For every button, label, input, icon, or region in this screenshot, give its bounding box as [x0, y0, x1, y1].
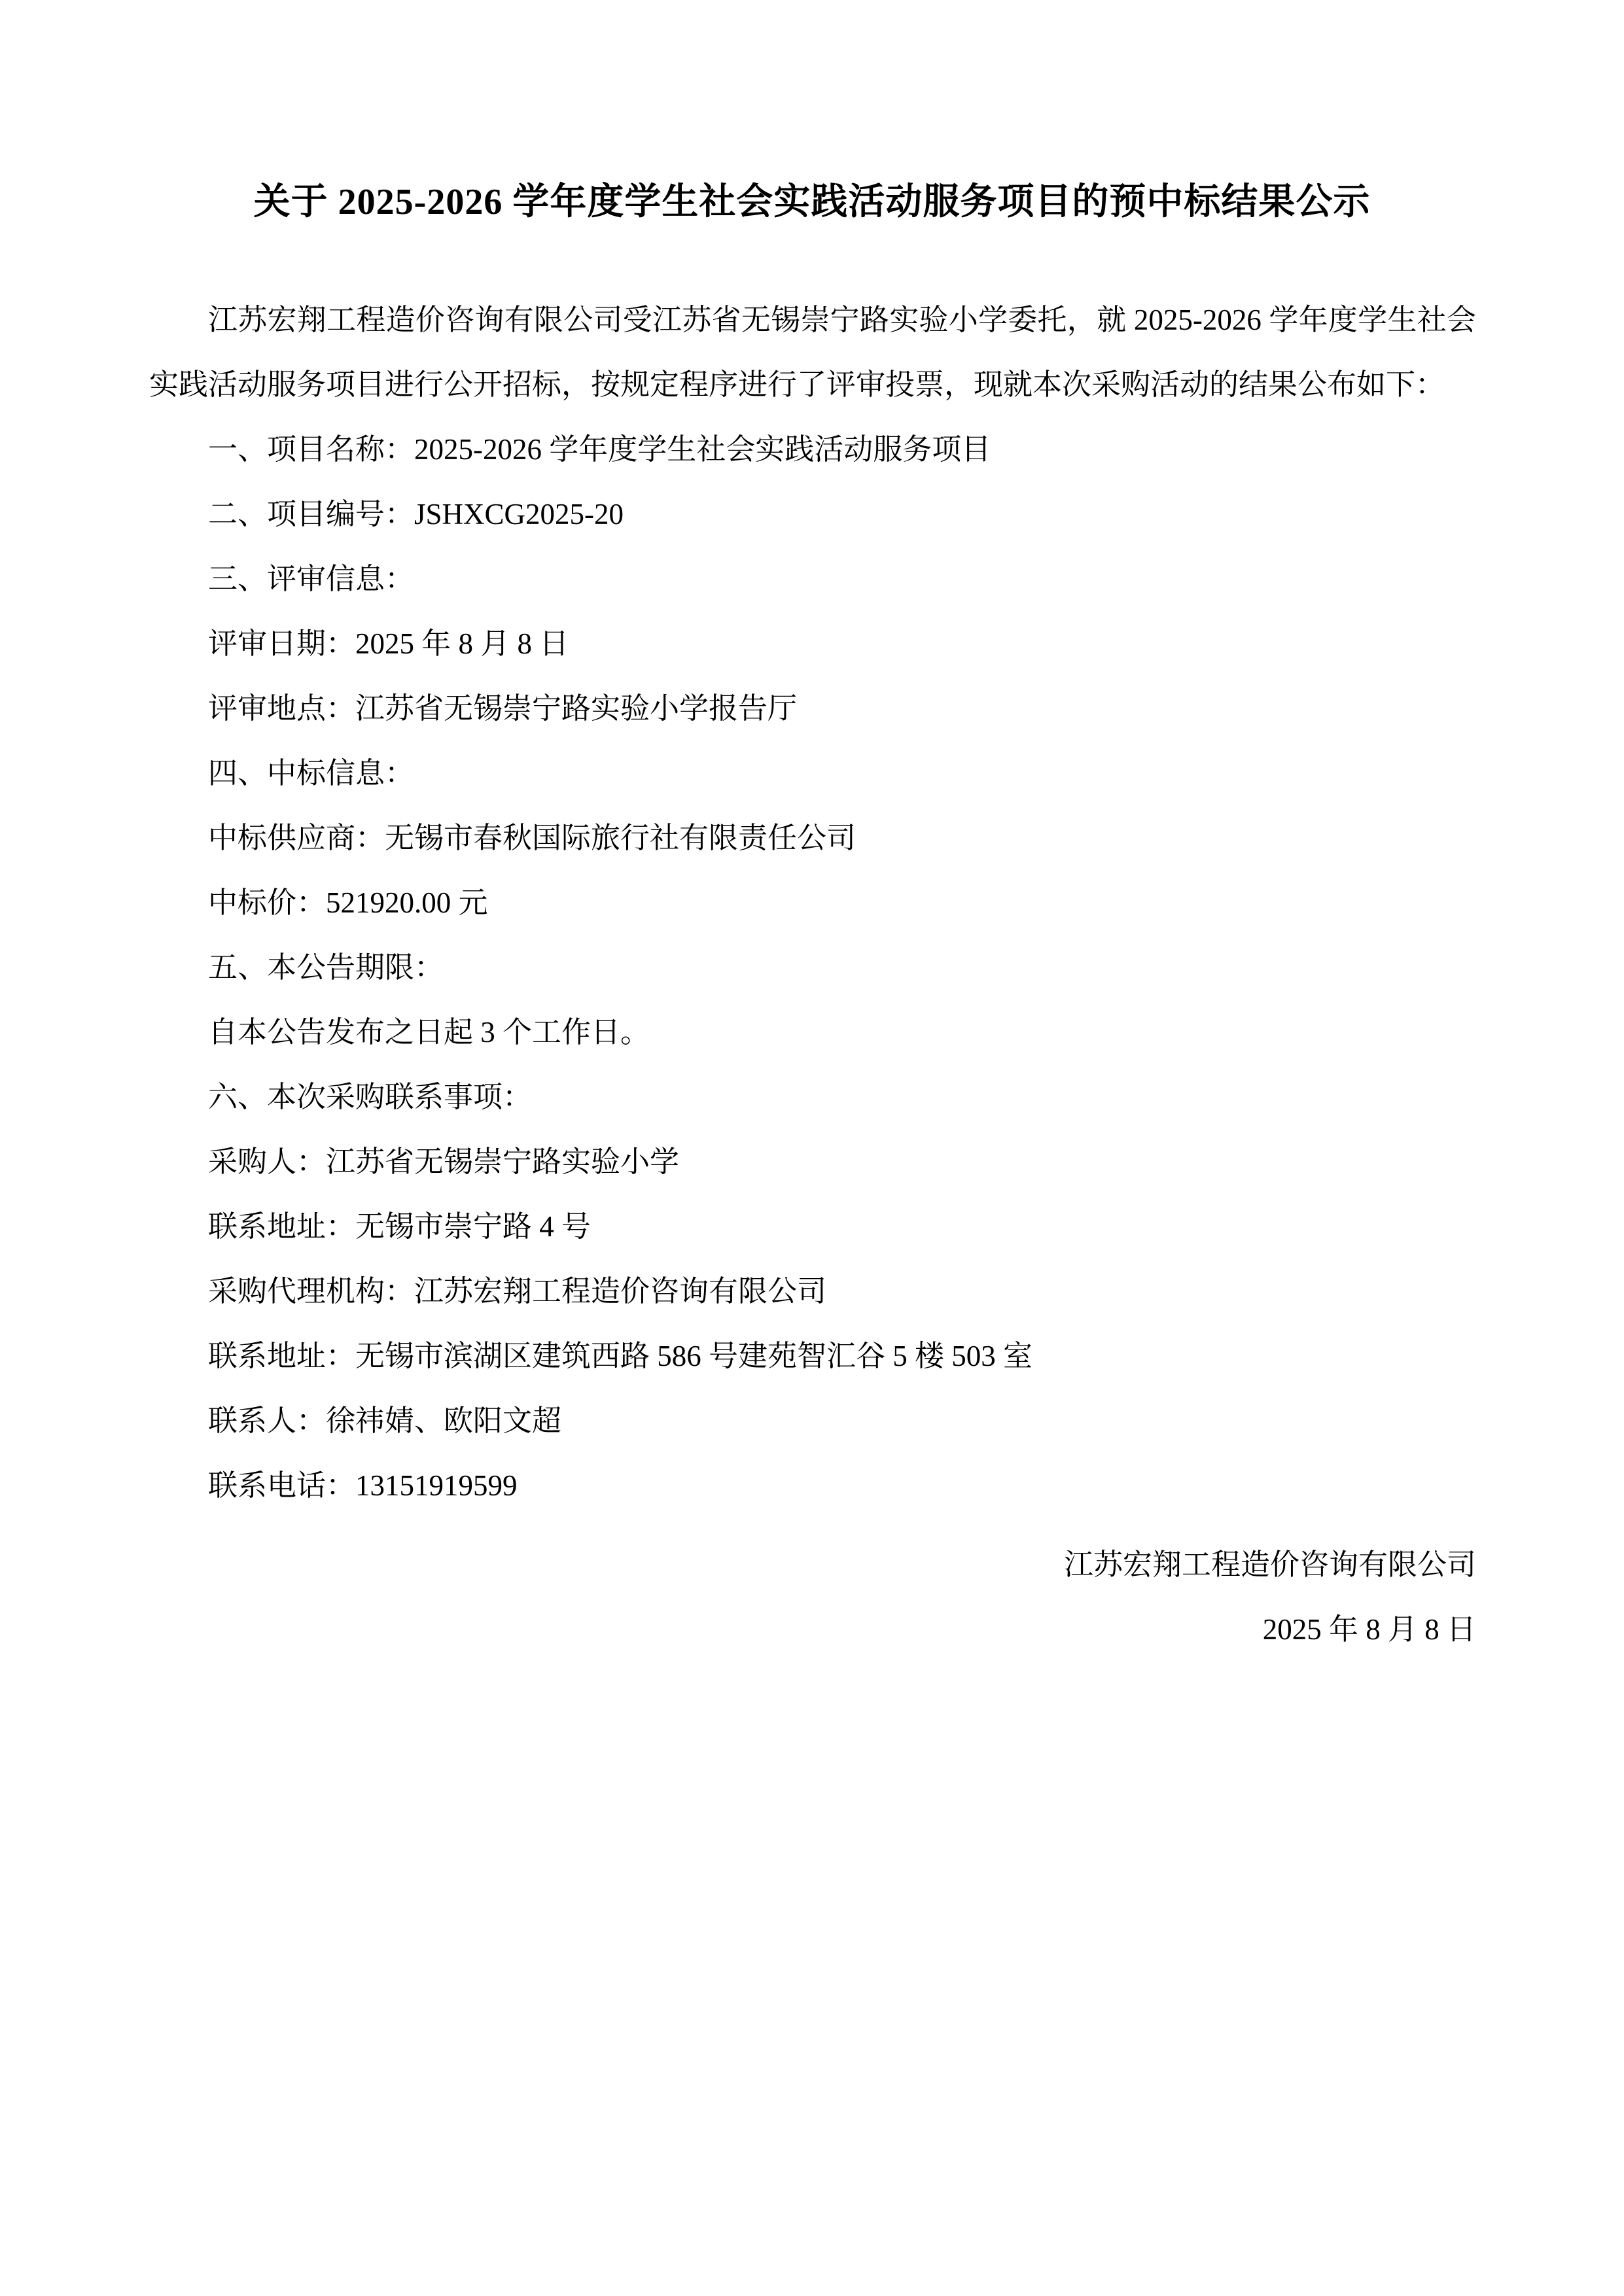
paragraph: 联系地址：无锡市崇宁路 4 号	[149, 1194, 1476, 1259]
paragraph: 中标供应商：无锡市春秋国际旅行社有限责任公司	[149, 806, 1476, 871]
paragraph: 评审地点：江苏省无锡崇宁路实验小学报告厅	[149, 676, 1476, 741]
paragraphs-container: 江苏宏翔工程造价咨询有限公司受江苏省无锡崇宁路实验小学委托，就 2025-202…	[149, 288, 1476, 1518]
document-page: 关于 2025-2026 学年度学生社会实践活动服务项目的预中标结果公示 江苏宏…	[0, 0, 1624, 2296]
signature-date: 2025 年 8 月 8 日	[149, 1597, 1476, 1662]
paragraph: 联系人：徐祎婧、欧阳文超	[149, 1389, 1476, 1453]
paragraph: 联系电话：13151919599	[149, 1453, 1476, 1518]
paragraph: 采购代理机构：江苏宏翔工程造价咨询有限公司	[149, 1259, 1476, 1324]
paragraph: 五、本公告期限：	[149, 935, 1476, 1000]
paragraph: 评审日期：2025 年 8 月 8 日	[149, 612, 1476, 676]
paragraph: 江苏宏翔工程造价咨询有限公司受江苏省无锡崇宁路实验小学委托，就 2025-202…	[149, 288, 1476, 417]
paragraph: 二、项目编号：JSHXCG2025-20	[149, 482, 1476, 547]
signature-block: 江苏宏翔工程造价咨询有限公司 2025 年 8 月 8 日	[149, 1533, 1476, 1662]
paragraph: 中标价：521920.00 元	[149, 871, 1476, 935]
paragraph: 三、评审信息：	[149, 547, 1476, 612]
paragraph: 采购人：江苏省无锡崇宁路实验小学	[149, 1130, 1476, 1194]
paragraph: 联系地址：无锡市滨湖区建筑西路 586 号建苑智汇谷 5 楼 503 室	[149, 1324, 1476, 1389]
paragraph: 四、中标信息：	[149, 741, 1476, 806]
signature-company: 江苏宏翔工程造价咨询有限公司	[149, 1533, 1476, 1597]
paragraph: 一、项目名称：2025-2026 学年度学生社会实践活动服务项目	[149, 417, 1476, 482]
paragraph: 六、本次采购联系事项：	[149, 1065, 1476, 1130]
paragraph: 自本公告发布之日起 3 个工作日。	[149, 1000, 1476, 1065]
document-title: 关于 2025-2026 学年度学生社会实践活动服务项目的预中标结果公示	[0, 0, 1624, 224]
document-content: 江苏宏翔工程造价咨询有限公司受江苏省无锡崇宁路实验小学委托，就 2025-202…	[149, 288, 1476, 1662]
